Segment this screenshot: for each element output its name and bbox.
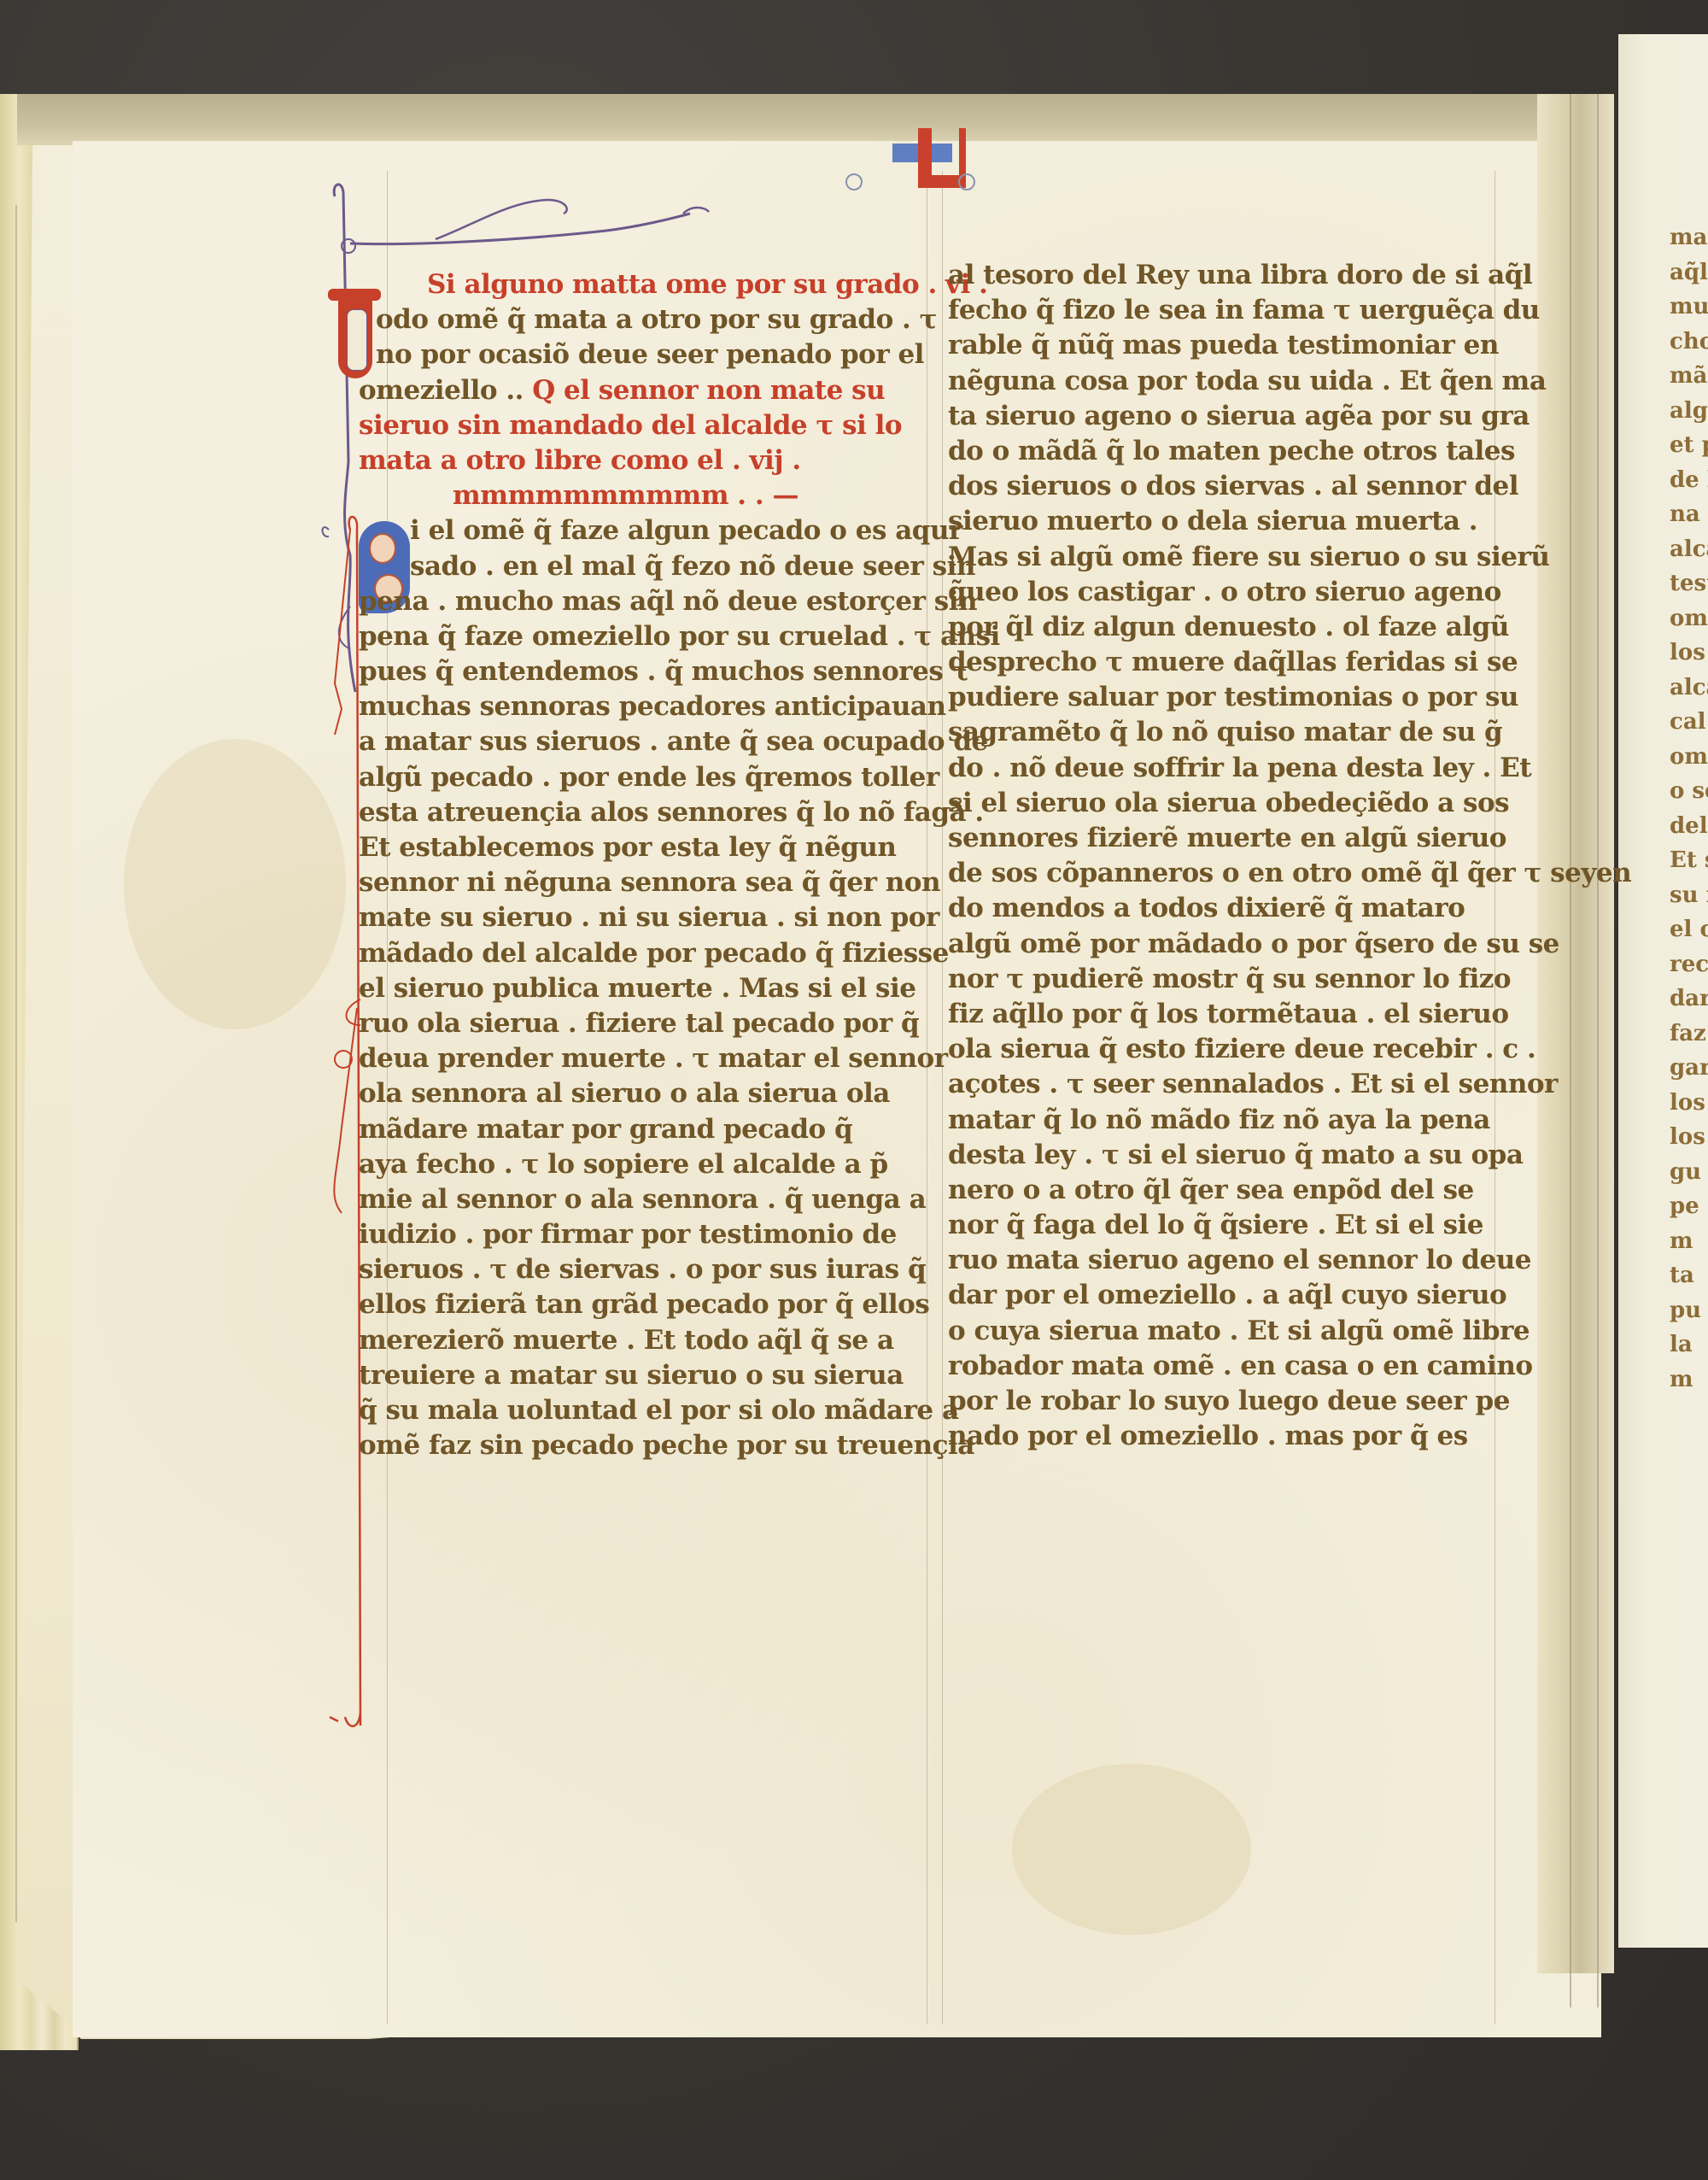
text-column-right: al tesoro del Rey una libra doro de si a…: [948, 258, 1494, 1454]
text-line: do mendos a todos dixierẽ q̃ mataro: [948, 891, 1494, 926]
text-line: al tesoro del Rey una libra doro de si a…: [948, 258, 1494, 293]
page-top-edge: [17, 94, 1614, 145]
text-line: do o mãdã q̃ lo maten peche otros tales: [948, 434, 1494, 469]
facing-fragment: ta: [1670, 1258, 1708, 1293]
text-line: sennores fizierẽ muerte en algũ sieruo: [948, 821, 1494, 856]
rubric-heading: mata a otro libre como el . vij .: [359, 443, 905, 478]
facing-fragment: algũ o: [1670, 394, 1708, 429]
text-line: por le robar lo suyo luego deue seer pe: [948, 1384, 1494, 1419]
leaf-edge: [15, 205, 17, 1922]
text-line: Et establecemos por esta ley q̃ nẽgun: [359, 830, 905, 865]
text-line: pena . mucho mas aq̃l nõ deue estorçer s…: [359, 584, 905, 619]
parchment-stain: [1012, 1764, 1251, 1935]
rubric-heading: Si alguno matta ome por su grado . vi .: [359, 267, 905, 302]
facing-fragment: su f: [1670, 878, 1708, 913]
facing-fragment: o se: [1670, 774, 1708, 809]
text-line: nero o a otro q̃l q̃er sea enpõd del se: [948, 1173, 1494, 1208]
facing-fragment: m: [1670, 1362, 1708, 1398]
text-line: desta ley . τ si el sieruo q̃ mato a su …: [948, 1138, 1494, 1173]
text-line: treuiere a matar su sieruo o su sierua: [359, 1358, 905, 1393]
text-line: q̃ su mala uoluntad el por si olo mãdare…: [359, 1393, 905, 1428]
facing-fragment: dar: [1670, 982, 1708, 1017]
facing-fragment: de libre: [1670, 463, 1708, 498]
text-line: mie al sennor o ala sennora . q̃ uenga a: [359, 1182, 905, 1217]
facing-fragment: omẽ la: [1670, 601, 1708, 636]
text-line: iudizio . por firmar por testimonio de: [359, 1217, 905, 1252]
text-line: omẽ faz sin pecado peche por su treuençi…: [359, 1428, 905, 1463]
text-line: sieruo muerto o dela sierua muerta .: [948, 504, 1494, 539]
text-line: deua prender muerte . τ matar el sennor: [359, 1041, 905, 1076]
ruling-line: [942, 171, 943, 2025]
rubric-heading: sieruo sin mandado del alcalde τ si lo: [359, 408, 905, 443]
text-line: o cuya sierua mato . Et si algũ omẽ libr…: [948, 1314, 1494, 1349]
text-line: q̃ueo los castigar . o otro sieruo ageno: [948, 575, 1494, 610]
text-line: no por ocasiõ deue seer penado por el: [359, 337, 905, 372]
binding-gutter: [1537, 94, 1614, 1973]
text-line: algũ omẽ por mãdado o por q̃sero de su s…: [948, 927, 1494, 962]
facing-fragment: muerte: [1670, 290, 1708, 325]
facing-page-text: mas oil aq̃l q̃ fiz muerte cho de mãdar …: [1670, 220, 1708, 1397]
prick-mark-icon: [845, 173, 863, 190]
facing-fragment: alcal: [1670, 532, 1708, 567]
facing-fragment: mas oil: [1670, 220, 1708, 255]
text-line: ruo ola sierua . fiziere tal pecado por …: [359, 1006, 905, 1041]
facing-fragment: aq̃l q̃ fiz: [1670, 255, 1708, 290]
facing-fragment: los: [1670, 636, 1708, 671]
facing-fragment: mãdar: [1670, 359, 1708, 394]
text-line: ola sierua q̃ esto fiziere deue recebir …: [948, 1032, 1494, 1067]
facing-fragment: cho de: [1670, 325, 1708, 360]
text-line: açotes . τ seer sennalados . Et si el se…: [948, 1067, 1494, 1102]
text-line: aya fecho . τ lo sopiere el alcalde a p̃: [359, 1147, 905, 1182]
facing-fragment: los: [1670, 1120, 1708, 1155]
text-line: nado por el omeziello . mas por q̃ es: [948, 1419, 1494, 1454]
facing-fragment: ome: [1670, 740, 1708, 775]
facing-fragment: faz: [1670, 1017, 1708, 1052]
facing-fragment: el o: [1670, 912, 1708, 947]
facing-fragment: reca: [1670, 947, 1708, 982]
parchment-stain: [124, 739, 346, 1029]
facing-fragment: del: [1670, 809, 1708, 844]
text-column-left: Si alguno matta ome por su grado . vi . …: [359, 267, 905, 1463]
text-line: ola sennora al sieruo o ala sierua ola: [359, 1076, 905, 1111]
text-line: mãdado del alcalde por pecado q̃ fiziess…: [359, 936, 905, 971]
text-line: pudiere saluar por testimonias o por su: [948, 680, 1494, 715]
prick-mark-icon: [958, 173, 975, 190]
facing-fragment: cal: [1670, 705, 1708, 740]
text-line: pues q̃ entendemos . q̃ muchos sennores …: [359, 654, 905, 689]
text-line: el sieruo publica muerte . Mas si el sie: [359, 971, 905, 1006]
text-line: sieruos . τ de siervas . o por sus iuras…: [359, 1252, 905, 1287]
text-line: mãdare matar por grand pecado q̃: [359, 1112, 905, 1147]
gutter-crease: [1570, 94, 1571, 2007]
text-line: fiz aq̃llo por q̃ los tormẽtaua . el sie…: [948, 997, 1494, 1032]
text-line: ruo mata sieruo ageno el sennor lo deue: [948, 1243, 1494, 1278]
text-line: rable q̃ nũq̃ mas pueda testimoniar en: [948, 328, 1494, 363]
facing-fragment: gar: [1670, 1051, 1708, 1086]
text-line: dos sieruos o dos siervas . al sennor de…: [948, 469, 1494, 504]
text-line: muchas sennoras pecadores anticipauan: [359, 689, 905, 724]
text-line: desprecho τ muere daq̃llas feridas si se: [948, 645, 1494, 680]
facing-fragment: los: [1670, 1086, 1708, 1121]
facing-fragment: alcal: [1670, 671, 1708, 706]
text-line: ellos fizierã tan grãd pecado por q̃ ell…: [359, 1287, 905, 1322]
facing-fragment: m: [1670, 1224, 1708, 1259]
facing-fragment: Et s: [1670, 843, 1708, 878]
text-line: odo omẽ q̃ mata a otro por su grado . τ: [359, 302, 905, 337]
ruling-line: [927, 171, 927, 2025]
facing-fragment: pu: [1670, 1293, 1708, 1328]
text-line: pena q̃ faze omeziello por su cruelad . …: [359, 619, 905, 654]
facing-fragment: na ag: [1670, 497, 1708, 532]
text-line: nor q̃ faga del lo q̃ q̃siere . Et si el…: [948, 1208, 1494, 1243]
text-line: do . nõ deue soffrir la pena desta ley .…: [948, 751, 1494, 786]
gutter-crease: [1597, 94, 1599, 2007]
text-line: sado . en el mal q̃ fezo nõ deue seer si…: [359, 549, 905, 584]
text-line: dar por el omeziello . a aq̃l cuyo sieru…: [948, 1278, 1494, 1313]
text-line: sagramẽto q̃ lo nõ quiso matar de su g̃: [948, 715, 1494, 750]
text-line: ta sieruo ageno o sierua agẽa por su gra: [948, 399, 1494, 434]
running-head-letter: [884, 128, 935, 188]
text-line: nor τ pudierẽ mostr q̃ su sennor lo fizo: [948, 962, 1494, 997]
facing-fragment: pe: [1670, 1189, 1708, 1224]
text-line: merezierõ muerte . Et todo aq̃l q̃ se a: [359, 1323, 905, 1358]
text-line: si el sieruo ola sierua obedeçiẽdo a sos: [948, 786, 1494, 821]
text-line: a matar sus sieruos . ante q̃ sea ocupad…: [359, 724, 905, 759]
text-line: mate su sieruo . ni su sierua . si non p…: [359, 900, 905, 935]
text-line: i el omẽ q̃ faze algun pecado o es aqur: [359, 513, 905, 548]
facing-fragment: testi: [1670, 566, 1708, 601]
facing-fragment: la: [1670, 1327, 1708, 1362]
text-line: nẽguna cosa por toda su uida . Et q̃en m…: [948, 364, 1494, 399]
text-line: robador mata omẽ . en casa o en camino: [948, 1349, 1494, 1384]
text-line: Mas si algũ omẽ fiere su sieruo o su sie…: [948, 540, 1494, 575]
text-line: omeziello .. Q el sennor non mate su: [359, 373, 905, 408]
facing-fragment: et pres: [1670, 428, 1708, 463]
text-line: matar q̃ lo nõ mãdo fiz nõ aya la pena: [948, 1103, 1494, 1138]
text-line: de sos cõpanneros o en otro omẽ q̃l q̃er…: [948, 856, 1494, 891]
text-line: algũ pecado . por ende les q̃remos tolle…: [359, 760, 905, 795]
text-line: por q̃l diz algun denuesto . ol faze alg…: [948, 610, 1494, 645]
line-filler: mmmmmmmmmm . . —: [359, 478, 905, 513]
text-line: esta atreuençia alos sennores q̃ lo nõ f…: [359, 795, 905, 830]
text-line: sennor ni nẽguna sennora sea q̃ q̃er non: [359, 865, 905, 900]
facing-fragment: gu: [1670, 1155, 1708, 1190]
text-line: fecho q̃ fizo le sea in fama τ uerguẽça …: [948, 293, 1494, 328]
